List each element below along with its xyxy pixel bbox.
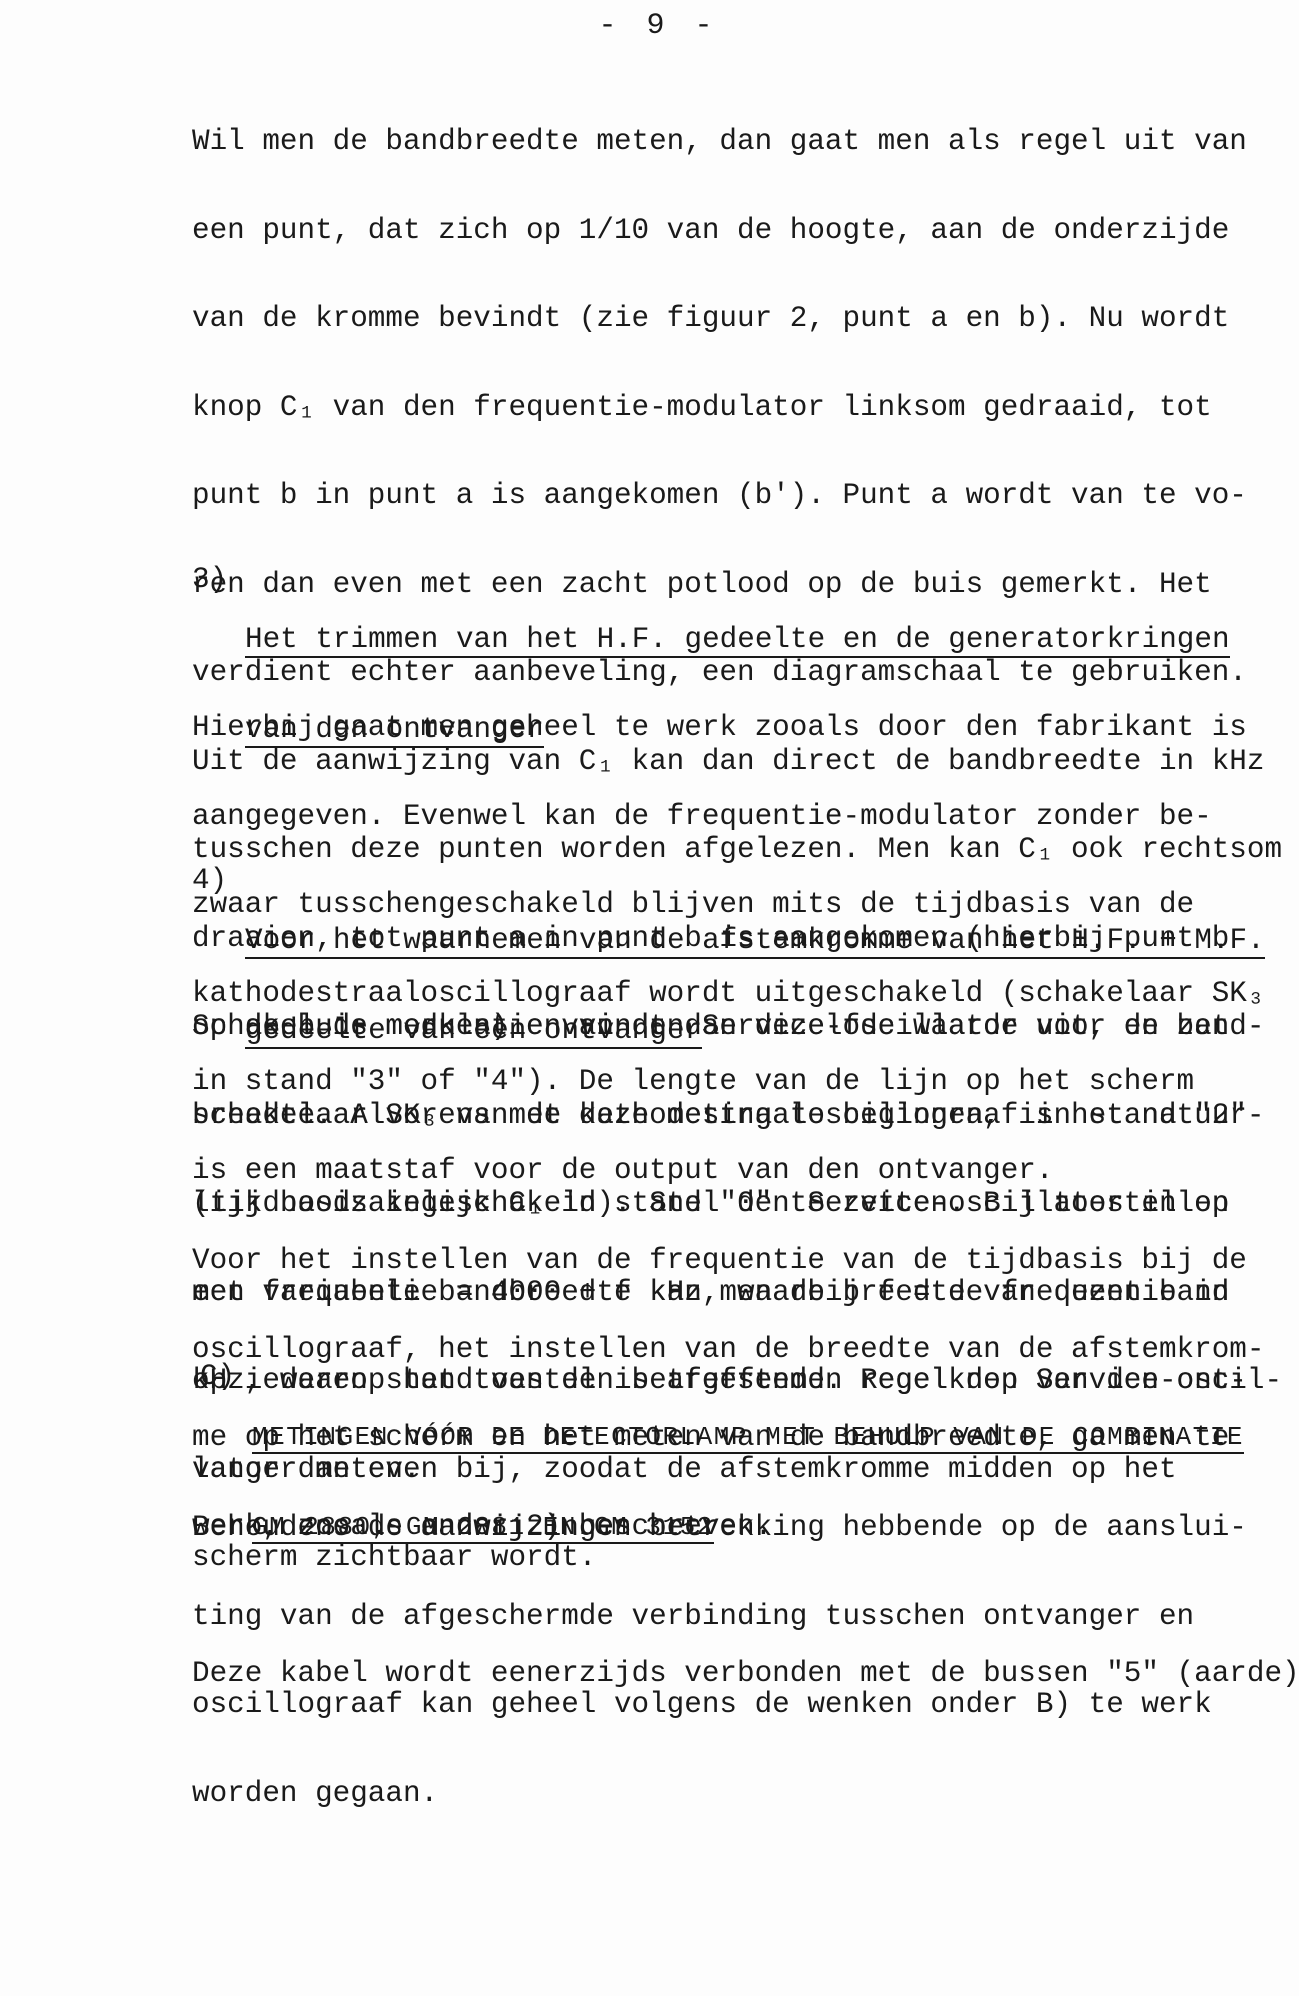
text-line: Behoudens de aanwijzingen betrekking heb…	[192, 1513, 1247, 1543]
section-c-body-2: Deze kabel wordt eenerzijds verbonden me…	[192, 1600, 1299, 1748]
text-line: aangegeven. Evenwel kan de frequentie-mo…	[192, 802, 1264, 832]
section-marker: 4)	[192, 866, 227, 896]
text-line: punt b in punt a is aangekomen (b'). Pun…	[192, 481, 1282, 511]
section-title-line: METINGEN VÓÓR DE DETECTORLAMP MET BEHULP…	[252, 1422, 1244, 1454]
text-line: Wil men de bandbreedte meten, dan gaat m…	[192, 127, 1282, 157]
text-line: Hierbij gaat men geheel te werk zooals d…	[192, 713, 1264, 743]
page-number: - 9 -	[0, 8, 1299, 44]
document-page: - 9 - Wil men de bandbreedte meten, dan …	[0, 0, 1299, 1996]
text-line: knop C₁ van den frequentie-modulator lin…	[192, 393, 1282, 423]
section-marker: C)	[200, 1362, 235, 1392]
text-line: schakelaar SK₃ van de kathodestraaloscil…	[192, 1101, 1282, 1131]
text-line: Voor het instellen van de frequentie van…	[192, 1246, 1264, 1276]
text-line: oscillograaf, het instellen van de breed…	[192, 1335, 1264, 1365]
text-line: Schakel de modulatie van den Service-osc…	[192, 1012, 1282, 1042]
text-line: een punt, dat zich op 1/10 van de hoogte…	[192, 216, 1282, 246]
text-line: Deze kabel wordt eenerzijds verbonden me…	[192, 1659, 1299, 1689]
text-line: van de kromme bevindt (zie figuur 2, pun…	[192, 304, 1282, 334]
text-line: worden gegaan.	[192, 1779, 1247, 1809]
section-marker: 3)	[192, 565, 227, 595]
section-title-line: Het trimmen van het H.F. gedeelte en de …	[245, 623, 1230, 658]
